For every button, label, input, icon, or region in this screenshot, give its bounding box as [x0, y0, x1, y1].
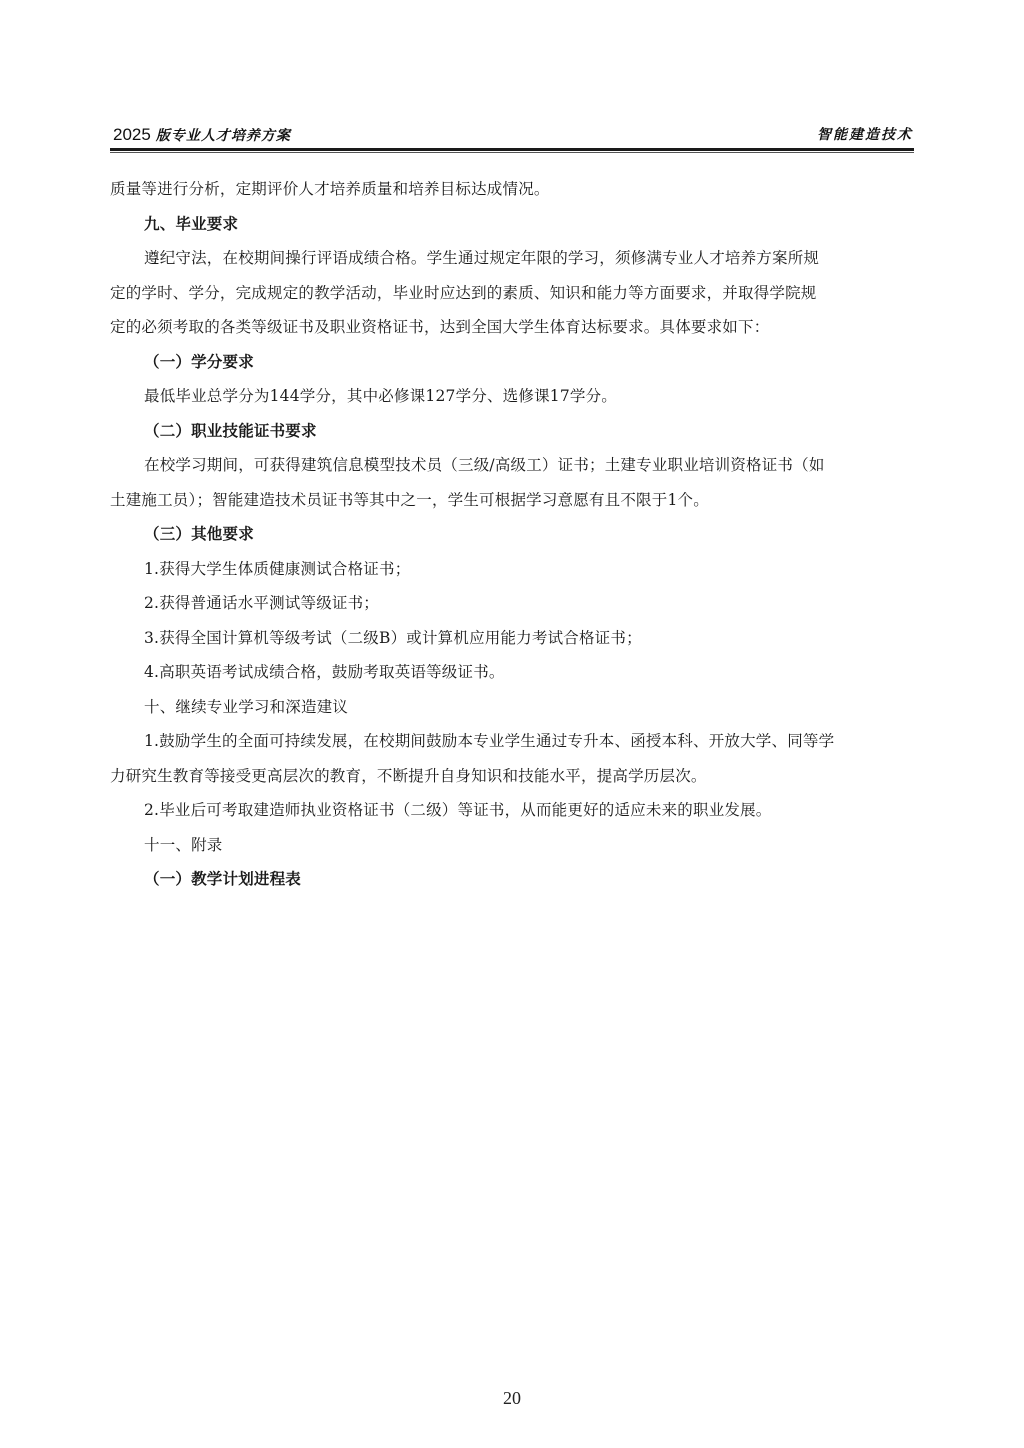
- section-heading-appendix: 十一、附录: [110, 828, 915, 863]
- header-major-name: 智能建造技术: [817, 124, 913, 146]
- section-heading-further-study: 十、继续专业学习和深造建议: [110, 690, 915, 725]
- paragraph-line: 在校学习期间，可获得建筑信息模型技术员（三级/高级工）证书；土建专业职业培训资格…: [110, 448, 915, 483]
- page-header: 2025 版专业人才培养方案 智能建造技术: [113, 124, 913, 146]
- subheading-other-requirements: （三）其他要求: [110, 517, 915, 552]
- page-number: 20: [0, 1388, 1024, 1409]
- list-item: 1.获得大学生体质健康测试合格证书；: [110, 552, 915, 587]
- paragraph-line: 定的必须考取的各类等级证书及职业资格证书，达到全国大学生体育达标要求。具体要求如…: [110, 310, 915, 345]
- page-body: 质量等进行分析，定期评价人才培养质量和培养目标达成情况。 九、毕业要求 遵纪守法…: [110, 172, 915, 897]
- continued-paragraph: 质量等进行分析，定期评价人才培养质量和培养目标达成情况。: [110, 172, 915, 207]
- section-heading-graduation-requirements: 九、毕业要求: [110, 207, 915, 242]
- header-year: 2025: [113, 125, 151, 144]
- paragraph-line: 定的学时、学分，完成规定的教学活动，毕业时应达到的素质、知识和能力等方面要求，并…: [110, 276, 915, 311]
- subheading-certificate-requirements: （二）职业技能证书要求: [110, 414, 915, 449]
- list-item: 2.获得普通话水平测试等级证书；: [110, 586, 915, 621]
- paragraph-line: 土建施工员）；智能建造技术员证书等其中之一，学生可根据学习意愿有且不限于1个。: [110, 483, 915, 518]
- list-item: 3.获得全国计算机等级考试（二级B）或计算机应用能力考试合格证书；: [110, 621, 915, 656]
- header-plan-title: 版专业人才培养方案: [156, 128, 291, 144]
- subheading-credit-requirements: （一）学分要求: [110, 345, 915, 380]
- list-item: 4.高职英语考试成绩合格，鼓励考取英语等级证书。: [110, 655, 915, 690]
- header-divider-thin: [110, 152, 914, 153]
- paragraph-line: 力研究生教育等接受更高层次的教育，不断提升自身知识和技能水平，提高学历层次。: [110, 759, 915, 794]
- paragraph-line: 遵纪守法，在校期间操行评语成绩合格。学生通过规定年限的学习，须修满专业人才培养方…: [110, 241, 915, 276]
- paragraph-line: 1.鼓励学生的全面可持续发展，在校期间鼓励本专业学生通过专升本、函授本科、开放大…: [110, 724, 915, 759]
- subheading-teaching-plan-table: （一）教学计划进程表: [110, 862, 915, 897]
- header-divider-thick: [110, 148, 914, 151]
- credit-requirements-text: 最低毕业总学分为144学分，其中必修课127学分、选修课17学分。: [110, 379, 915, 414]
- header-document-title: 2025 版专业人才培养方案: [113, 124, 291, 147]
- list-item: 2.毕业后可考取建造师执业资格证书（二级）等证书，从而能更好的适应未来的职业发展…: [110, 793, 915, 828]
